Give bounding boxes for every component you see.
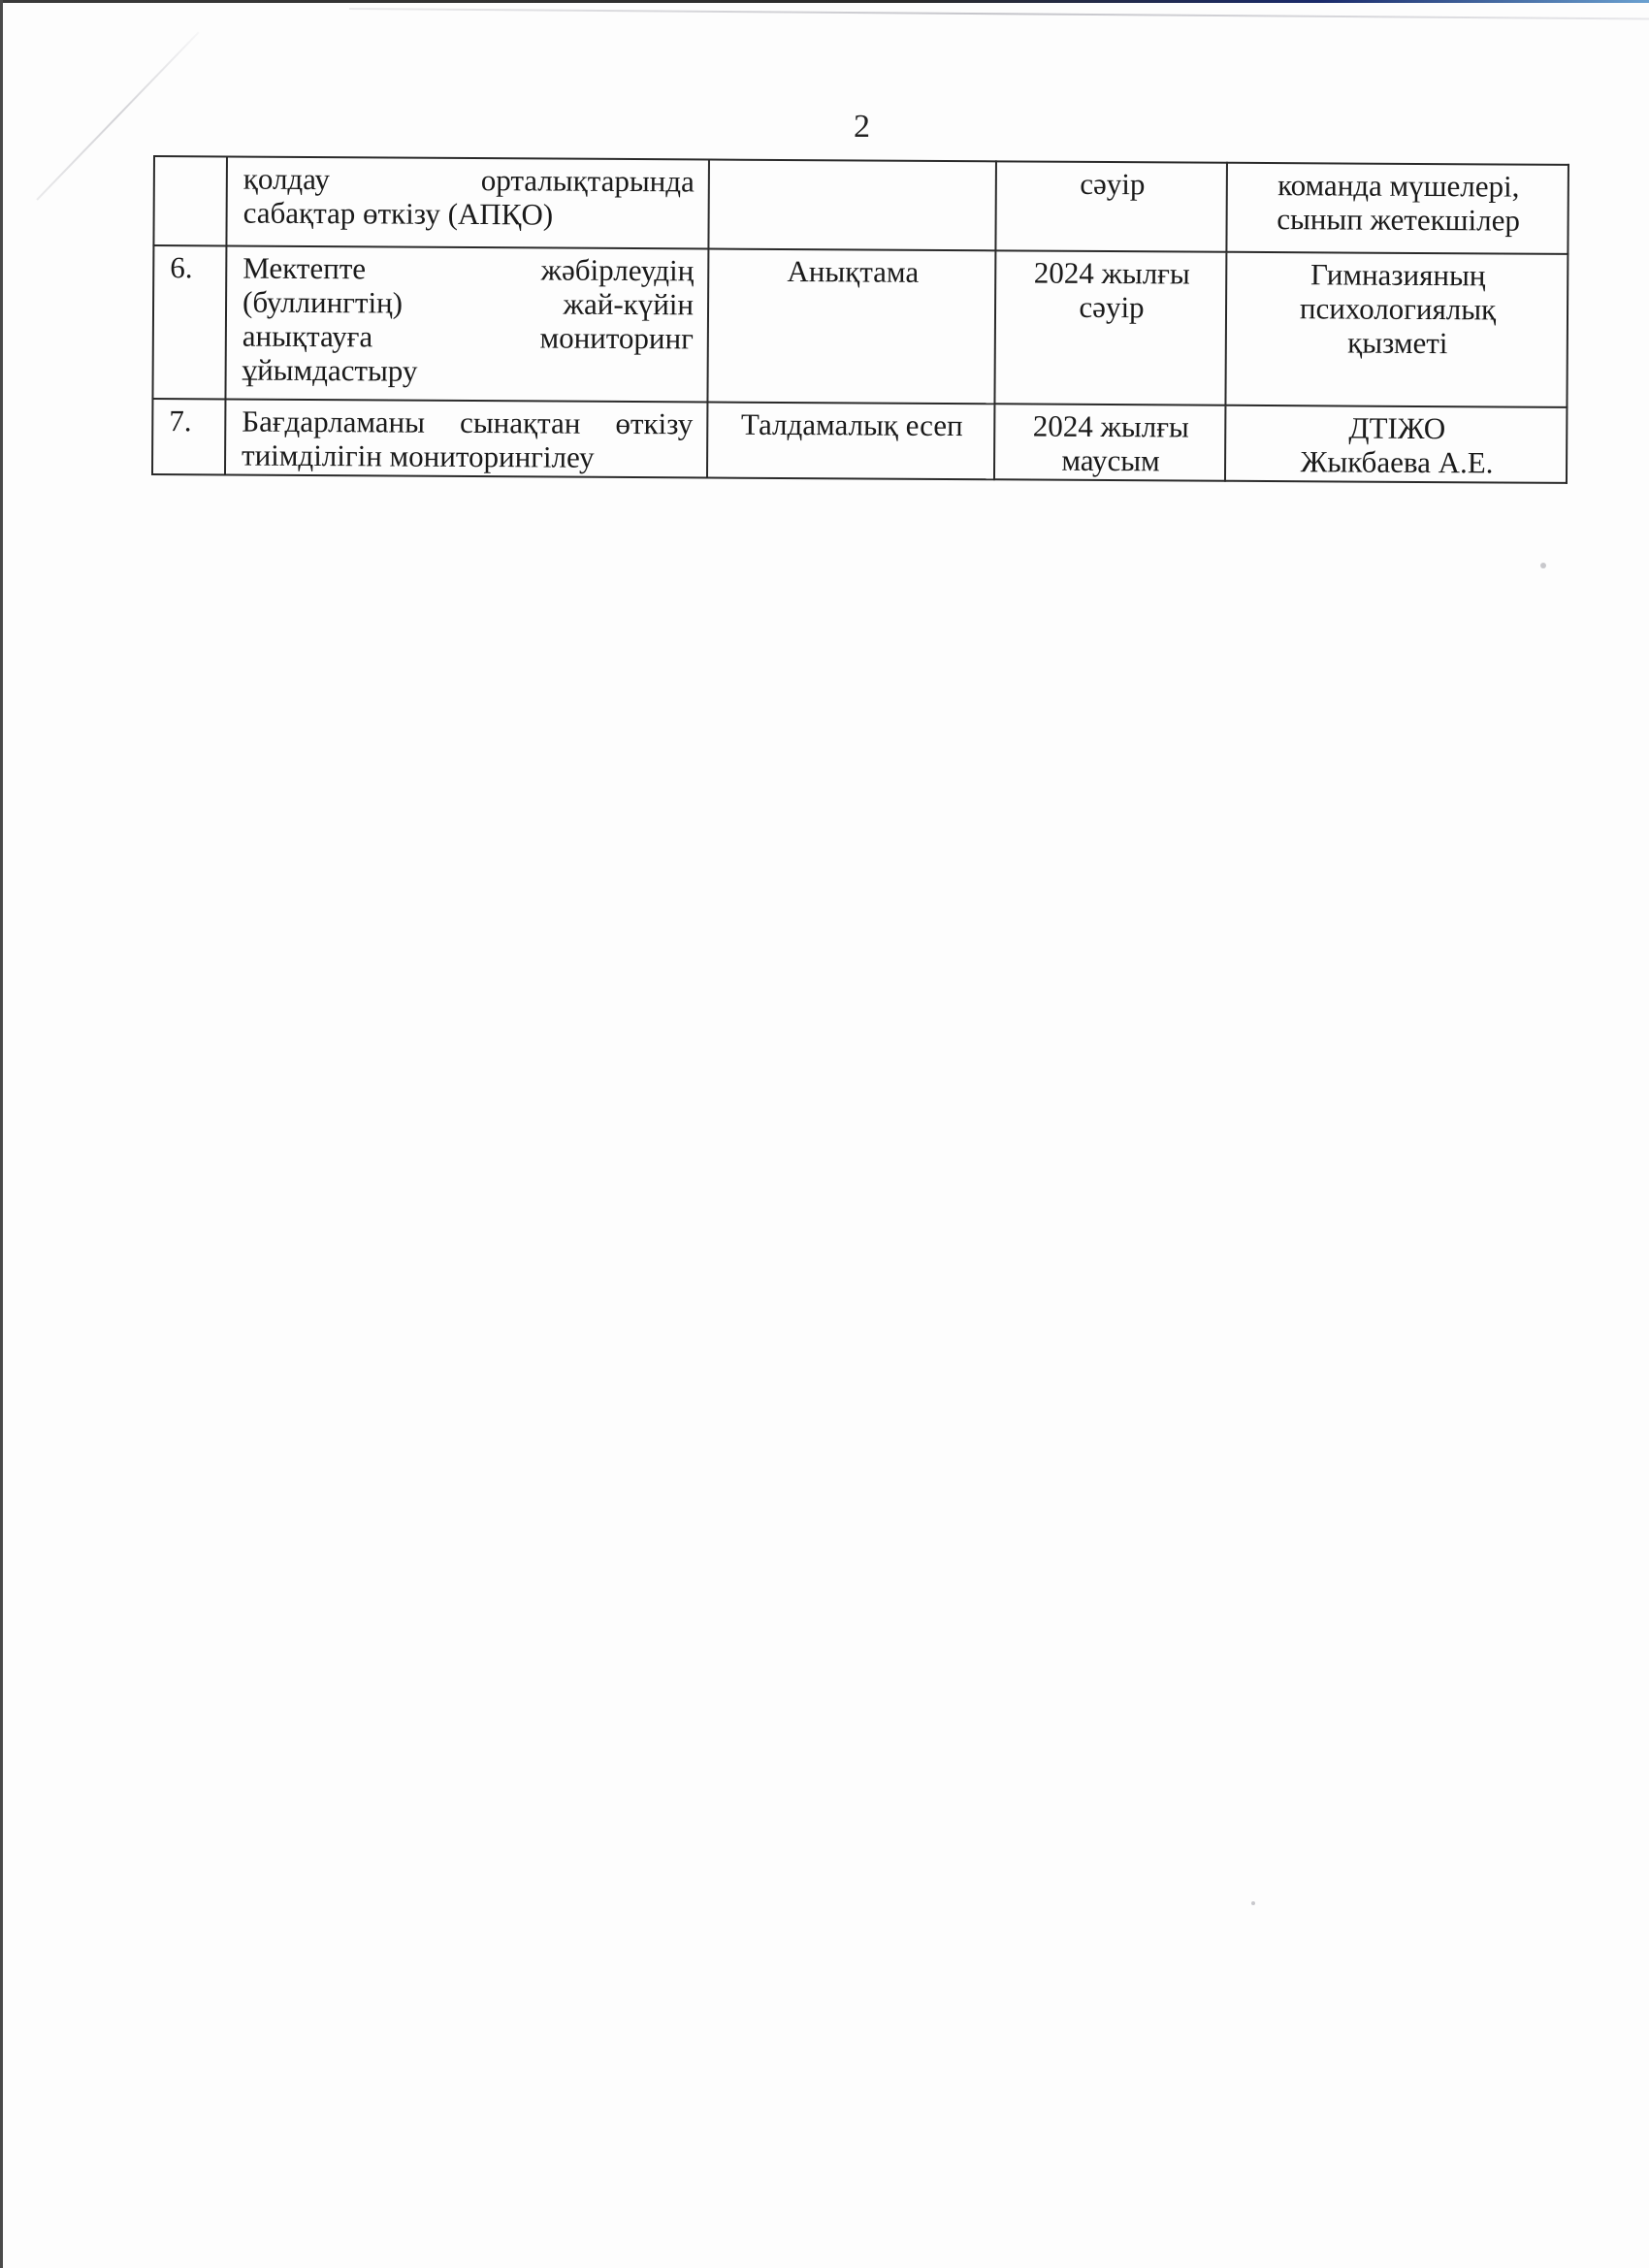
scan-edge-top xyxy=(0,0,1649,3)
date-line: маусым xyxy=(1011,442,1211,477)
task-cell: Мектепте жәбірлеудің (буллингтің) жай-кү… xyxy=(225,245,708,402)
date-cell: 2024 жылғы сәуір xyxy=(994,250,1226,405)
table-row: 6. Мектепте жәбірлеудің (буллингтің) жай… xyxy=(152,245,1568,407)
form-cell: Талдамалық есеп xyxy=(707,402,994,479)
responsible-line: команда мүшелері, xyxy=(1244,168,1554,204)
form-cell: Анықтама xyxy=(707,248,995,404)
table-row: 7. Бағдарламаны сынақтан өткізу тиімділі… xyxy=(152,399,1567,483)
action-plan-table: қолдау орталықтарында сабақтар өткізу (А… xyxy=(151,155,1569,484)
scan-speck xyxy=(1251,1901,1255,1905)
date-line: 2024 жылғы xyxy=(1011,408,1211,443)
task-line: (буллингтің) жай-күйін xyxy=(242,285,694,322)
task-line: тиімділігін мониторингілеу xyxy=(242,438,693,475)
scan-speck xyxy=(1540,563,1546,568)
scan-artifact-line xyxy=(349,8,1649,20)
date-line: сәуір xyxy=(1012,289,1212,324)
task-line: қолдау орталықтарында xyxy=(243,162,695,199)
date-line: 2024 жылғы xyxy=(1012,255,1212,290)
responsible-line: Гимназияның xyxy=(1243,257,1553,293)
row-number: 6. xyxy=(152,245,226,399)
date-line: сәуір xyxy=(1013,166,1212,201)
task-cell: Бағдарламаны сынақтан өткізу тиімділігін… xyxy=(225,399,707,477)
task-line: Бағдарламаны сынақтан өткізу xyxy=(242,405,693,441)
task-line: Мектепте жәбірлеудің xyxy=(242,251,694,288)
task-line: сабақтар өткізу (АПҚО) xyxy=(243,196,695,233)
task-line: ұйымдастыру xyxy=(242,353,694,390)
form-cell xyxy=(708,160,996,251)
task-cell: қолдау орталықтарында сабақтар өткізу (А… xyxy=(226,156,709,248)
table-row: қолдау орталықтарында сабақтар өткізу (А… xyxy=(153,156,1568,254)
responsible-cell: ДТІЖО Жыкбаева А.Е. xyxy=(1225,405,1567,483)
responsible-line: қызметі xyxy=(1243,325,1553,361)
responsible-cell: команда мүшелері, сынып жетекшілер xyxy=(1226,163,1568,254)
responsible-line: сынып жетекшілер xyxy=(1244,202,1554,238)
page-number: 2 xyxy=(854,109,870,146)
task-line: анықтауға мониторинг xyxy=(242,319,694,356)
responsible-line: ДТІЖО xyxy=(1242,410,1552,446)
responsible-cell: Гимназияның психологиялық қызметі xyxy=(1225,252,1568,407)
row-number: 7. xyxy=(152,399,225,474)
responsible-line: психологиялық xyxy=(1243,291,1553,327)
date-cell: сәуір xyxy=(995,161,1227,251)
responsible-line: Жыкбаева А.Е. xyxy=(1242,444,1552,480)
row-number xyxy=(153,156,227,245)
date-cell: 2024 жылғы маусым xyxy=(994,404,1225,480)
scan-edge-left xyxy=(0,0,3,2268)
